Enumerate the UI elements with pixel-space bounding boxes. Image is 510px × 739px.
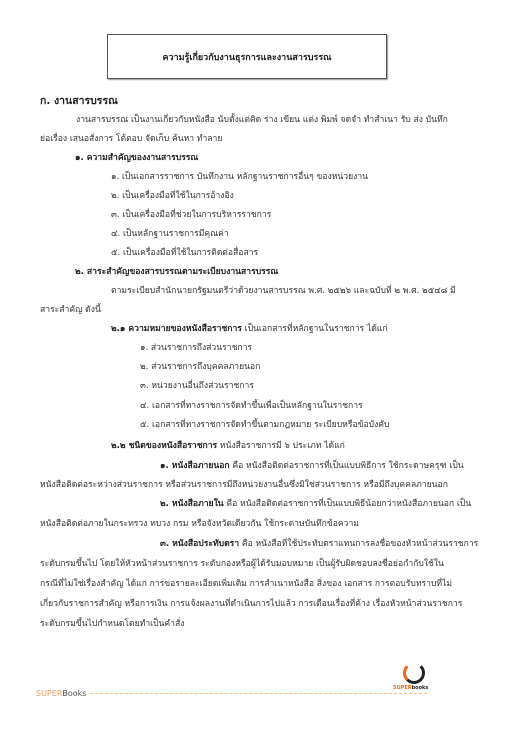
importance-item: ๑. เป็นเอกสารราชการ บันทึกงาน หลักฐานราช…	[111, 171, 368, 183]
type-3-text: คือ หนังสือที่ใช้ประทับตราแทนการลงชื่อขอ…	[239, 539, 478, 549]
types-paragraph: ๒.๒ ชนิดของหนังสือราชการ หนังสือราชการมี…	[111, 440, 345, 452]
type-1-line-1: ๑. หนังสือภายนอก คือ หนังสือติดต่อราชการ…	[160, 460, 464, 472]
importance-heading: ๑. ความสำคัญของงานสารบรรณ	[75, 152, 198, 164]
type-1-text: คือ หนังสือติดต่อราชการที่เป็นแบบพิธีการ…	[230, 461, 464, 471]
type-3-line-4: เกี่ยวกับราชการสำคัญ หรือการเงิน การแจ้ง…	[40, 598, 462, 610]
meaning-item: ๑. ส่วนราชการถึงส่วนราชการ	[140, 342, 252, 354]
intro-line-2: ย่อเรื่อง เสนอสั่งการ โต้ตอบ จัดเก็บ ค้น…	[40, 133, 222, 145]
meaning-item: ๓. หน่วยงานอื่นถึงส่วนราชการ	[140, 380, 254, 392]
type-3-line-5: ระดับกรมขึ้นไปกำหนดโดยทำเป็นคำสั่ง	[40, 618, 184, 630]
importance-item: ๕. เป็นเครื่องมือที่ใช้ในการติดต่อสื่อสา…	[111, 247, 258, 259]
logo-super: SUPER	[393, 685, 412, 691]
type-3-line-2: ระดับกรมขึ้นไป โดยให้หัวหน้าส่วนราชการ ร…	[40, 558, 444, 570]
meaning-paragraph: ๒.๑ ความหมายของหนังสือราชการ เป็นเอกสารท…	[111, 323, 388, 335]
type-2-text: คือ หนังสือติดต่อราชการที่เป็นแบบพิธีน้อ…	[224, 499, 471, 509]
importance-item: ๓. เป็นเครื่องมือที่ช่วยในการบริหารราชกา…	[111, 209, 271, 221]
title-box: ความรู้เกี่ยวกับงานธุรการและงานสารบรรณ	[107, 34, 387, 79]
footer: SUPERBooks	[36, 686, 431, 700]
footer-brand: SUPERBooks	[36, 689, 86, 698]
type-1-label: ๑. หนังสือภายนอก	[160, 461, 230, 471]
type-2-label: ๒. หนังสือภายใน	[160, 499, 224, 509]
type-1-line-2: หนังสือติดต่อระหว่างส่วนราชการ หรือส่วนร…	[40, 479, 448, 491]
types-text: หนังสือราชการมี ๖ ประเภท ได้แก่	[217, 441, 345, 451]
type-2-line-1: ๒. หนังสือภายใน คือ หนังสือติดต่อราชการท…	[160, 498, 471, 510]
type-3-line-1: ๓. หนังสือประทับตรา คือ หนังสือที่ใช้ประ…	[160, 538, 478, 550]
meaning-item: ๔. เอกสารที่ทางราชการจัดทำขึ้นเพื่อเป็นห…	[140, 400, 363, 412]
types-heading: ๒.๒ ชนิดของหนังสือราชการ	[111, 441, 217, 451]
type-2-line-2: หนังสือติดต่อภายในกระทรวง ทบวง กรม หรือจ…	[40, 518, 359, 530]
logo-books: books	[412, 685, 429, 691]
footer-brand-super: SUPER	[36, 689, 62, 698]
logo-text: SUPERbooks	[393, 685, 428, 691]
footer-divider	[90, 693, 427, 694]
section-a-heading: ก. งานสารบรรณ	[40, 95, 118, 107]
type-3-line-3: กรณีที่ไม่ใช่เรื่องสำคัญ ได้แก่ การขอราย…	[40, 578, 452, 590]
meaning-text: เป็นเอกสารที่หลักฐานในราชการ ได้แก่	[242, 324, 388, 334]
footer-brand-books: Books	[62, 689, 86, 698]
meaning-item: ๕. เอกสารที่ทางราชการจัดทำขึ้นตามกฎหมาย …	[140, 419, 390, 431]
essence-intro-2: สาระสำคัญ ดังนี้	[40, 304, 101, 316]
intro-line-1: งานสารบรรณ เป็นงานเกี่ยวกับหนังสือ นับตั…	[76, 114, 448, 126]
swirl-logo-icon	[403, 662, 425, 684]
page-title: ความรู้เกี่ยวกับงานธุรการและงานสารบรรณ	[162, 50, 331, 64]
superbooks-logo: SUPERbooks	[393, 662, 437, 700]
meaning-item: ๒. ส่วนราชการถึงบุคคลภายนอก	[140, 361, 260, 373]
meaning-heading: ๒.๑ ความหมายของหนังสือราชการ	[111, 324, 242, 334]
essence-intro-1: ตามระเบียบสำนักนายกรัฐมนตรีว่าด้วยงานสาร…	[111, 285, 456, 297]
importance-item: ๔. เป็นหลักฐานราชการมีคุณค่า	[111, 228, 229, 240]
document-page: ความรู้เกี่ยวกับงานธุรการและงานสารบรรณ ก…	[0, 0, 510, 739]
importance-item: ๒. เป็นเครื่องมือที่ใช้ในการอ้างอิง	[111, 190, 234, 202]
essence-heading: ๒. สาระสำคัญของสารบรรณตามระเบียบงานสารบร…	[75, 266, 278, 278]
type-3-label: ๓. หนังสือประทับตรา	[160, 539, 239, 549]
